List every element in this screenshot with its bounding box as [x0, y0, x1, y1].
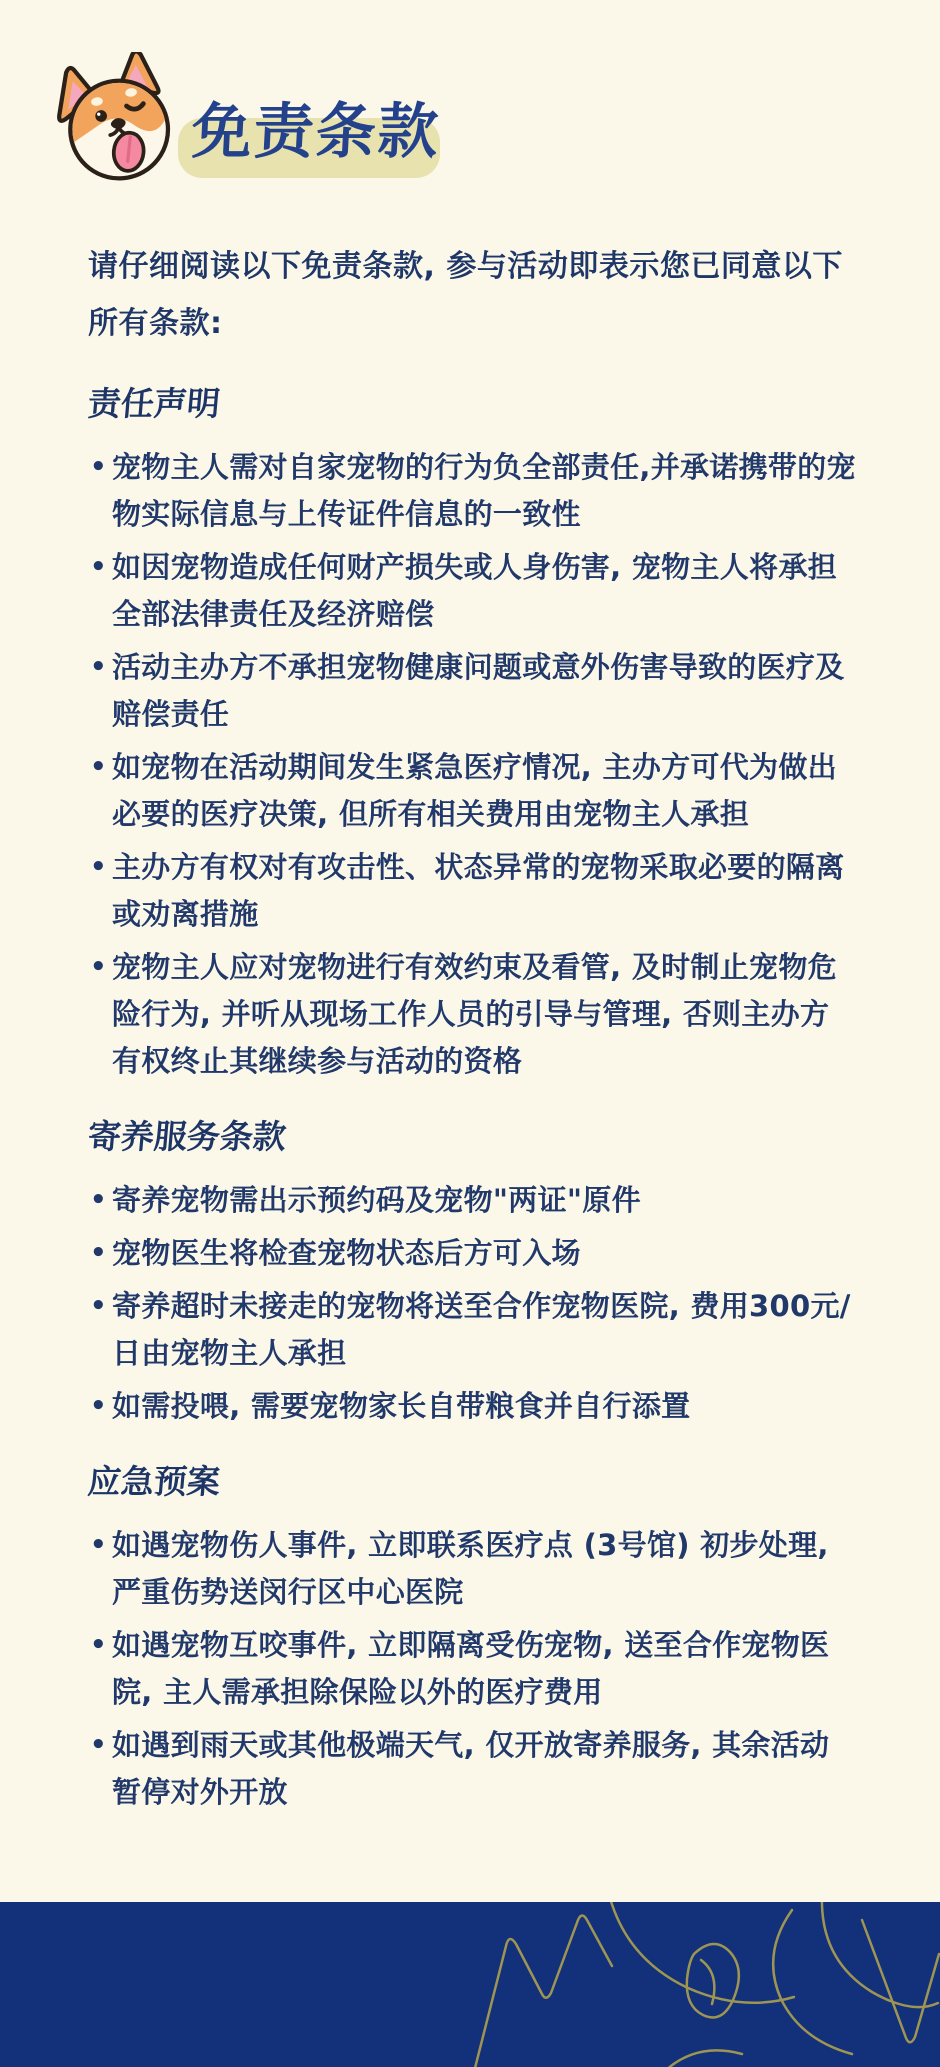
bullet-item: 宠物主人需对自家宠物的行为负全部责任,并承诺携带的宠物实际信息与上传证件信息的一…: [88, 444, 856, 538]
section-emergency: 应急预案 如遇宠物伤人事件, 立即联系医疗点 (3号馆) 初步处理, 严重伤势送…: [88, 1460, 856, 1816]
intro-text: 请仔细阅读以下免责条款, 参与活动即表示您已同意以下所有条款:: [88, 238, 856, 352]
bullet-list: 寄养宠物需出示预约码及宠物"两证"原件 宠物医生将检查宠物状态后方可入场 寄养超…: [88, 1177, 856, 1430]
shiba-dog-icon: [50, 52, 188, 190]
header: 免责条款: [0, 0, 940, 210]
section-boarding: 寄养服务条款 寄养宠物需出示预约码及宠物"两证"原件 宠物医生将检查宠物状态后方…: [88, 1115, 856, 1430]
bullet-item: 如因宠物造成任何财产损失或人身伤害, 宠物主人将承担全部法律责任及经济赔偿: [88, 544, 856, 638]
bullet-item: 寄养宠物需出示预约码及宠物"两证"原件: [88, 1177, 856, 1224]
footer-band: [0, 1902, 940, 2067]
disclaimer-poster: 免责条款: [0, 0, 940, 2067]
bullet-item: 活动主办方不承担宠物健康问题或意外伤害导致的医疗及赔偿责任: [88, 644, 856, 738]
page-title: 免责条款: [190, 84, 443, 170]
bullet-item: 主办方有权对有攻击性、状态异常的宠物采取必要的隔离或劝离措施: [88, 844, 856, 938]
section-heading: 寄养服务条款: [88, 1115, 856, 1159]
bullet-item: 如遇宠物互咬事件, 立即隔离受伤宠物, 送至合作宠物医院, 主人需承担除保险以外…: [88, 1622, 856, 1716]
bullet-item: 宠物医生将检查宠物状态后方可入场: [88, 1230, 856, 1277]
bullet-list: 如遇宠物伤人事件, 立即联系医疗点 (3号馆) 初步处理, 严重伤势送闵行区中心…: [88, 1522, 856, 1816]
content: 请仔细阅读以下免责条款, 参与活动即表示您已同意以下所有条款: 责任声明 宠物主…: [0, 210, 940, 1816]
section-heading: 责任声明: [88, 382, 856, 426]
bullet-item: 如宠物在活动期间发生紧急医疗情况, 主办方可代为做出必要的医疗决策, 但所有相关…: [88, 744, 856, 838]
bullet-list: 宠物主人需对自家宠物的行为负全部责任,并承诺携带的宠物实际信息与上传证件信息的一…: [88, 444, 856, 1085]
bullet-item: 如需投喂, 需要宠物家长自带粮食并自行添置: [88, 1383, 856, 1430]
bullet-item: 宠物主人应对宠物进行有效约束及看管, 及时制止宠物危险行为, 并听从现场工作人员…: [88, 944, 856, 1085]
decorative-pattern: [460, 1902, 940, 2067]
bullet-item: 如遇到雨天或其他极端天气, 仅开放寄养服务, 其余活动暂停对外开放: [88, 1722, 856, 1816]
bullet-item: 寄养超时未接走的宠物将送至合作宠物医院, 费用300元/日由宠物主人承担: [88, 1283, 856, 1377]
section-liability: 责任声明 宠物主人需对自家宠物的行为负全部责任,并承诺携带的宠物实际信息与上传证…: [88, 382, 856, 1085]
bullet-item: 如遇宠物伤人事件, 立即联系医疗点 (3号馆) 初步处理, 严重伤势送闵行区中心…: [88, 1522, 856, 1616]
section-heading: 应急预案: [88, 1460, 856, 1504]
